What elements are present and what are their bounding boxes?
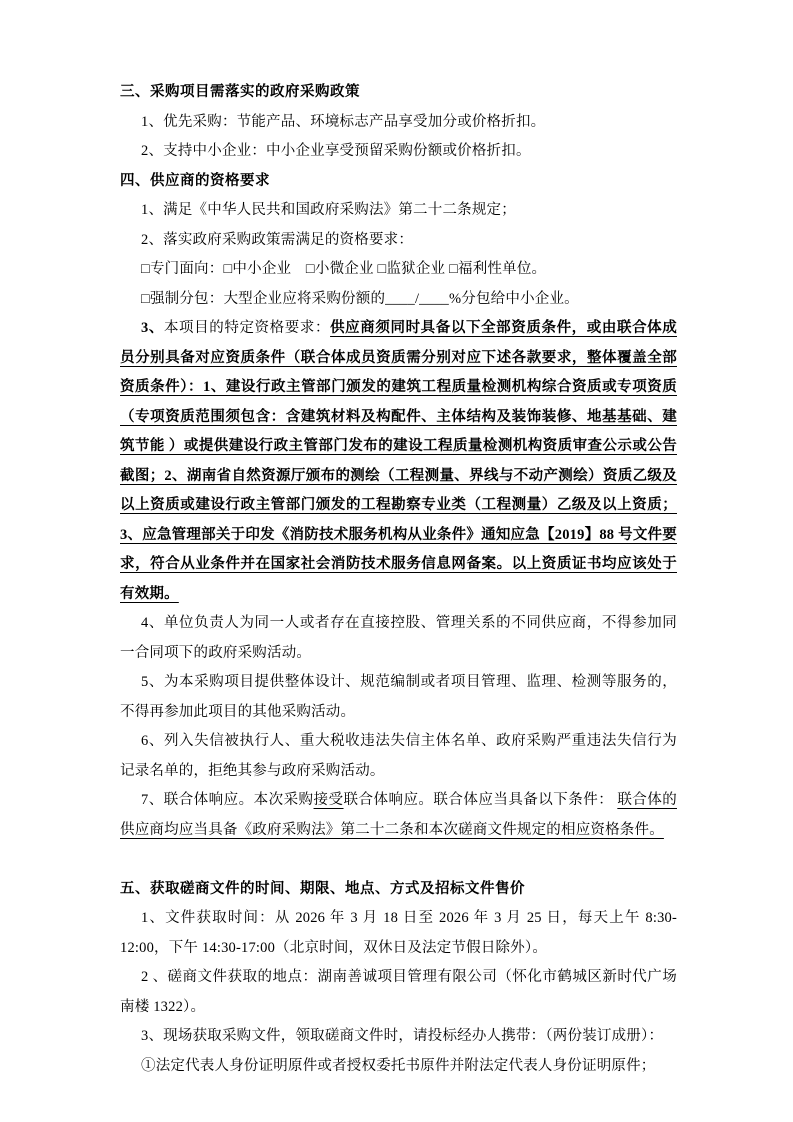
text-run: 1、满足《中华人民共和国政府采购法》第二十二条规定；	[141, 202, 516, 218]
text-run: 四、供应商的资格要求	[120, 173, 270, 189]
policy-item-1: 1、优先采购：节能产品、环境标志产品享受加分或价格折扣。	[120, 108, 677, 138]
qualification-item-4: 4、单位负责人为同一人或者存在直接控股、管理关系的不同供应商，不得参加同一合同项…	[120, 609, 677, 668]
text-run: 接受	[314, 792, 344, 808]
text-run: 1、文件获取时间：从 2026 年 3 月 18 日至 2026 年 3 月 2…	[120, 910, 677, 956]
qualification-item-5: 5、为本采购项目提供整体设计、规范编制或者项目管理、监理、检测等服务的，不得再参…	[120, 668, 677, 727]
text-run: 五、获取磋商文件的时间、期限、地点、方式及招标文件售价	[120, 881, 525, 897]
document-content: 三、采购项目需落实的政府采购政策1、优先采购：节能产品、环境标志产品享受加分或价…	[120, 78, 677, 1081]
text-run: 5、为本采购项目提供整体设计、规范编制或者项目管理、监理、检测等服务的，不得再参…	[120, 674, 677, 720]
text-run: 3、现场获取采购文件，领取磋商文件时，请投标经办人携带：（两份装订成册）：	[141, 1028, 663, 1044]
text-run: 本项目的特定资格要求：	[164, 320, 330, 336]
qualification-item-2: 2、落实政府采购政策需满足的资格要求：	[120, 226, 677, 256]
checkbox-line-subcontract: □强制分包：大型企业应将采购份额的____/____%分包给中小企业。	[120, 285, 677, 315]
text-run: 供应商须同时具备以下全部资质条件，或由联合体成员分别具备对应资质条件（联合体成员…	[120, 320, 677, 602]
obtain-item-3-sub-1: ①法定代表人身份证明原件或者授权委托书原件并附法定代表人身份证明原件；	[120, 1052, 677, 1082]
obtain-item-1: 1、文件获取时间：从 2026 年 3 月 18 日至 2026 年 3 月 2…	[120, 904, 677, 963]
obtain-item-2: 2 、磋商文件获取的地点：湖南善诚项目管理有限公司（怀化市鹤城区新时代广场南楼 …	[120, 963, 677, 1022]
obtain-item-3: 3、现场获取采购文件，领取磋商文件时，请投标经办人携带：（两份装订成册）：	[120, 1022, 677, 1052]
checkbox-line-dedicated: □专门面向：□中小企业 □小微企业 □监狱企业 □福利性单位。	[120, 255, 677, 285]
text-run: 4、单位负责人为同一人或者存在直接控股、管理关系的不同供应商，不得参加同一合同项…	[120, 615, 677, 661]
text-run: 2、支持中小企业：中小企业享受预留采购份额或价格折扣。	[141, 143, 531, 159]
text-run: 2、落实政府采购政策需满足的资格要求：	[141, 232, 413, 248]
heading-section-4: 四、供应商的资格要求	[120, 167, 677, 197]
qualification-item-7: 7、联合体响应。本次采购接受联合体响应。联合体应当具备以下条件： 联合体的供应商…	[120, 786, 677, 845]
text-run: ①法定代表人身份证明原件或者授权委托书原件并附法定代表人身份证明原件；	[141, 1058, 656, 1074]
text-run: 7、联合体响应。本次采购	[141, 792, 314, 808]
text-run: □强制分包：大型企业应将采购份额的____/____%分包给中小企业。	[141, 291, 579, 307]
document-page: 三、采购项目需落实的政府采购政策1、优先采购：节能产品、环境标志产品享受加分或价…	[0, 0, 793, 1122]
text-run: 三、采购项目需落实的政府采购政策	[120, 84, 360, 100]
text-run: 3、	[141, 320, 164, 336]
policy-item-2: 2、支持中小企业：中小企业享受预留采购份额或价格折扣。	[120, 137, 677, 167]
qualification-item-6: 6、列入失信被执行人、重大税收违法失信主体名单、政府采购严重违法失信行为记录名单…	[120, 727, 677, 786]
heading-section-5: 五、获取磋商文件的时间、期限、地点、方式及招标文件售价	[120, 875, 677, 905]
text-run: 6、列入失信被执行人、重大税收违法失信主体名单、政府采购严重违法失信行为记录名单…	[120, 733, 677, 779]
blank-line	[120, 845, 677, 875]
text-run: 1、优先采购：节能产品、环境标志产品享受加分或价格折扣。	[141, 114, 545, 130]
text-run: 2 、磋商文件获取的地点：湖南善诚项目管理有限公司（怀化市鹤城区新时代广场南楼 …	[120, 969, 677, 1015]
heading-section-3: 三、采购项目需落实的政府采购政策	[120, 78, 677, 108]
text-run: 联合体响应。联合体应当具备以下条件：	[344, 792, 618, 808]
qualification-item-3: 3、本项目的特定资格要求：供应商须同时具备以下全部资质条件，或由联合体成员分别具…	[120, 314, 677, 609]
qualification-item-1: 1、满足《中华人民共和国政府采购法》第二十二条规定；	[120, 196, 677, 226]
text-run: □专门面向：□中小企业 □小微企业 □监狱企业 □福利性单位。	[141, 261, 546, 277]
